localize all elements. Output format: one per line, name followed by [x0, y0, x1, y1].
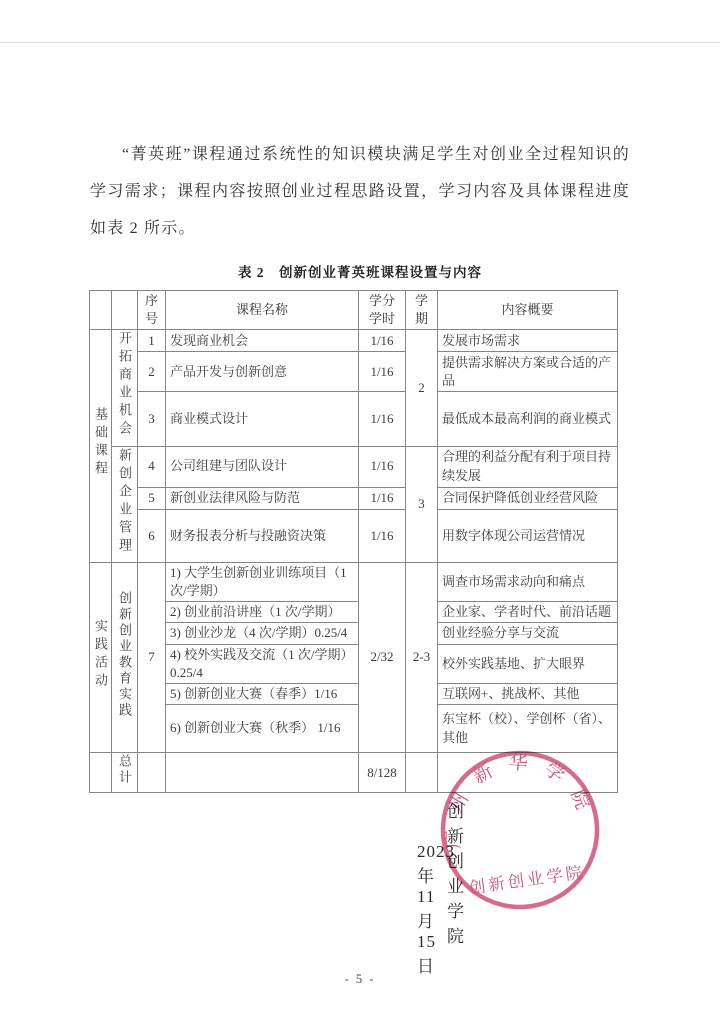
- cell-practice-summary: 东宝杯（校）、学创杯（省）、其他: [438, 705, 618, 753]
- cell-practice-summary: 调查市场需求动向和痛点: [438, 562, 618, 601]
- total-empty-summary: [438, 753, 618, 793]
- header-credit: 学分学时: [359, 291, 406, 330]
- cell-summary: 用数字体现公司运营情况: [438, 509, 618, 562]
- cell-credit: 1/16: [359, 392, 406, 446]
- cell-seq-practice: 7: [138, 562, 166, 752]
- cell-practice-item: 4) 校外实践及交流（1 次/学期）0.25/4: [166, 644, 359, 683]
- signature-date: 2023 年 11 月 15 日: [417, 842, 455, 977]
- total-label: 总计: [112, 753, 138, 793]
- cell-course: 财务报表分析与投融资决策: [166, 509, 359, 562]
- cell-summary: 合同保护降低创业经营风险: [438, 487, 618, 509]
- cell-seq: 3: [138, 392, 166, 446]
- total-empty-cat1: [90, 753, 112, 793]
- cell-practice-summary: 互联网+、挑战杯、其他: [438, 683, 618, 704]
- practice-subrow: 6) 创新创业大赛（秋季） 1/16 东宝杯（校）、学创杯（省）、其他: [90, 705, 618, 753]
- cell-term-first: 2: [406, 330, 438, 446]
- total-empty-seq: [138, 753, 166, 793]
- cell-practice-summary: 企业家、学者时代、前沿话题: [438, 602, 618, 623]
- table-row: 新创企业管理 4 公司组建与团队设计 1/16 3 合理的利益分配有利于项目持续…: [90, 446, 618, 487]
- cell-summary: 合理的利益分配有利于项目持续发展: [438, 446, 618, 487]
- cell-summary: 提供需求解决方案或合适的产品: [438, 352, 618, 392]
- header-term: 学期: [406, 291, 438, 330]
- header-seq: 序号: [138, 291, 166, 330]
- subcategory-biz-opportunity: 开拓商业机会: [112, 330, 138, 446]
- cell-course: 产品开发与创新创意: [166, 352, 359, 392]
- cell-practice-item: 2) 创业前沿讲座（1 次/学期）: [166, 602, 359, 623]
- practice-subrow: 3) 创业沙龙（4 次/学期）0.25/4 创业经验分享与交流: [90, 623, 618, 644]
- table-row: 6 财务报表分析与投融资决策 1/16 用数字体现公司运营情况: [90, 509, 618, 562]
- practice-subrow: 5) 创新创业大赛（春季）1/16 互联网+、挑战杯、其他: [90, 683, 618, 704]
- table-row: 3 商业模式设计 1/16 最低成本最高利润的商业模式: [90, 392, 618, 446]
- cell-course: 新创业法律风险与防范: [166, 487, 359, 509]
- header-empty-cat2: [112, 291, 138, 330]
- signature-office: 创新创业学院: [447, 797, 466, 947]
- table-row: 2 产品开发与创新创意 1/16 提供需求解决方案或合适的产品: [90, 352, 618, 392]
- header-summary: 内容概要: [438, 291, 618, 330]
- table-title: 表 2 创新创业菁英班课程设置与内容: [90, 261, 630, 281]
- cell-practice-item: 6) 创新创业大赛（秋季） 1/16: [166, 705, 359, 753]
- cell-summary: 发展市场需求: [438, 330, 618, 352]
- subcategory-new-venture: 新创企业管理: [112, 446, 138, 562]
- cell-seq: 1: [138, 330, 166, 352]
- cell-term-second: 3: [406, 446, 438, 562]
- cell-credit: 1/16: [359, 352, 406, 392]
- cell-practice-item: 5) 创新创业大赛（春季）1/16: [166, 683, 359, 704]
- cell-seq: 6: [138, 509, 166, 562]
- total-empty-course: [166, 753, 359, 793]
- header-empty-cat1: [90, 291, 112, 330]
- scan-artifact-line: [0, 42, 720, 43]
- cell-seq: 4: [138, 446, 166, 487]
- stamp-bottom-text: 创新创业学院: [468, 862, 587, 897]
- cell-seq: 2: [138, 352, 166, 392]
- cell-credit: 1/16: [359, 330, 406, 352]
- table-header-row: 序号 课程名称 学分学时 学期 内容概要: [90, 291, 618, 330]
- page-content: “菁英班”课程通过系统性的知识模块满足学生对创业全过程知识的学习需求；课程内容按…: [90, 136, 630, 793]
- practice-subrow: 2) 创业前沿讲座（1 次/学期） 企业家、学者时代、前沿话题: [90, 602, 618, 623]
- subcategory-edu-practice: 创新创业教育实践: [112, 562, 138, 752]
- cell-credit: 1/16: [359, 487, 406, 509]
- cell-credit: 1/16: [359, 446, 406, 487]
- cell-summary: 最低成本最高利润的商业模式: [438, 392, 618, 446]
- total-empty-term: [406, 753, 438, 793]
- header-course: 课程名称: [166, 291, 359, 330]
- category-practice-activities: 实践活动: [90, 562, 112, 752]
- intro-paragraph: “菁英班”课程通过系统性的知识模块满足学生对创业全过程知识的学习需求；课程内容按…: [90, 136, 630, 247]
- practice-subrow: 实践活动 创新创业教育实践 7 1) 大学生创新创业训练项目（1 次/学期） 2…: [90, 562, 618, 601]
- total-row: 总计 8/128: [90, 753, 618, 793]
- course-table: 序号 课程名称 学分学时 学期 内容概要 基础课程 开拓商业机会 1 发现商业机…: [89, 290, 618, 793]
- cell-term-practice: 2-3: [406, 562, 438, 752]
- table-row: 5 新创业法律风险与防范 1/16 合同保护降低创业经营风险: [90, 487, 618, 509]
- page-number: - 5 -: [0, 972, 720, 987]
- cell-practice-item: 1) 大学生创新创业训练项目（1 次/学期）: [166, 562, 359, 601]
- category-basic-courses: 基础课程: [90, 330, 112, 562]
- cell-course: 公司组建与团队设计: [166, 446, 359, 487]
- total-credit: 8/128: [359, 753, 406, 793]
- cell-practice-summary: 校外实践基地、扩大眼界: [438, 644, 618, 683]
- cell-seq: 5: [138, 487, 166, 509]
- table-row: 基础课程 开拓商业机会 1 发现商业机会 1/16 2 发展市场需求: [90, 330, 618, 352]
- cell-practice-item: 3) 创业沙龙（4 次/学期）0.25/4: [166, 623, 359, 644]
- cell-practice-summary: 创业经验分享与交流: [438, 623, 618, 644]
- cell-course: 发现商业机会: [166, 330, 359, 352]
- cell-course: 商业模式设计: [166, 392, 359, 446]
- practice-subrow: 4) 校外实践及交流（1 次/学期）0.25/4 校外实践基地、扩大眼界: [90, 644, 618, 683]
- cell-credit: 1/16: [359, 509, 406, 562]
- cell-credit-practice: 2/32: [359, 562, 406, 752]
